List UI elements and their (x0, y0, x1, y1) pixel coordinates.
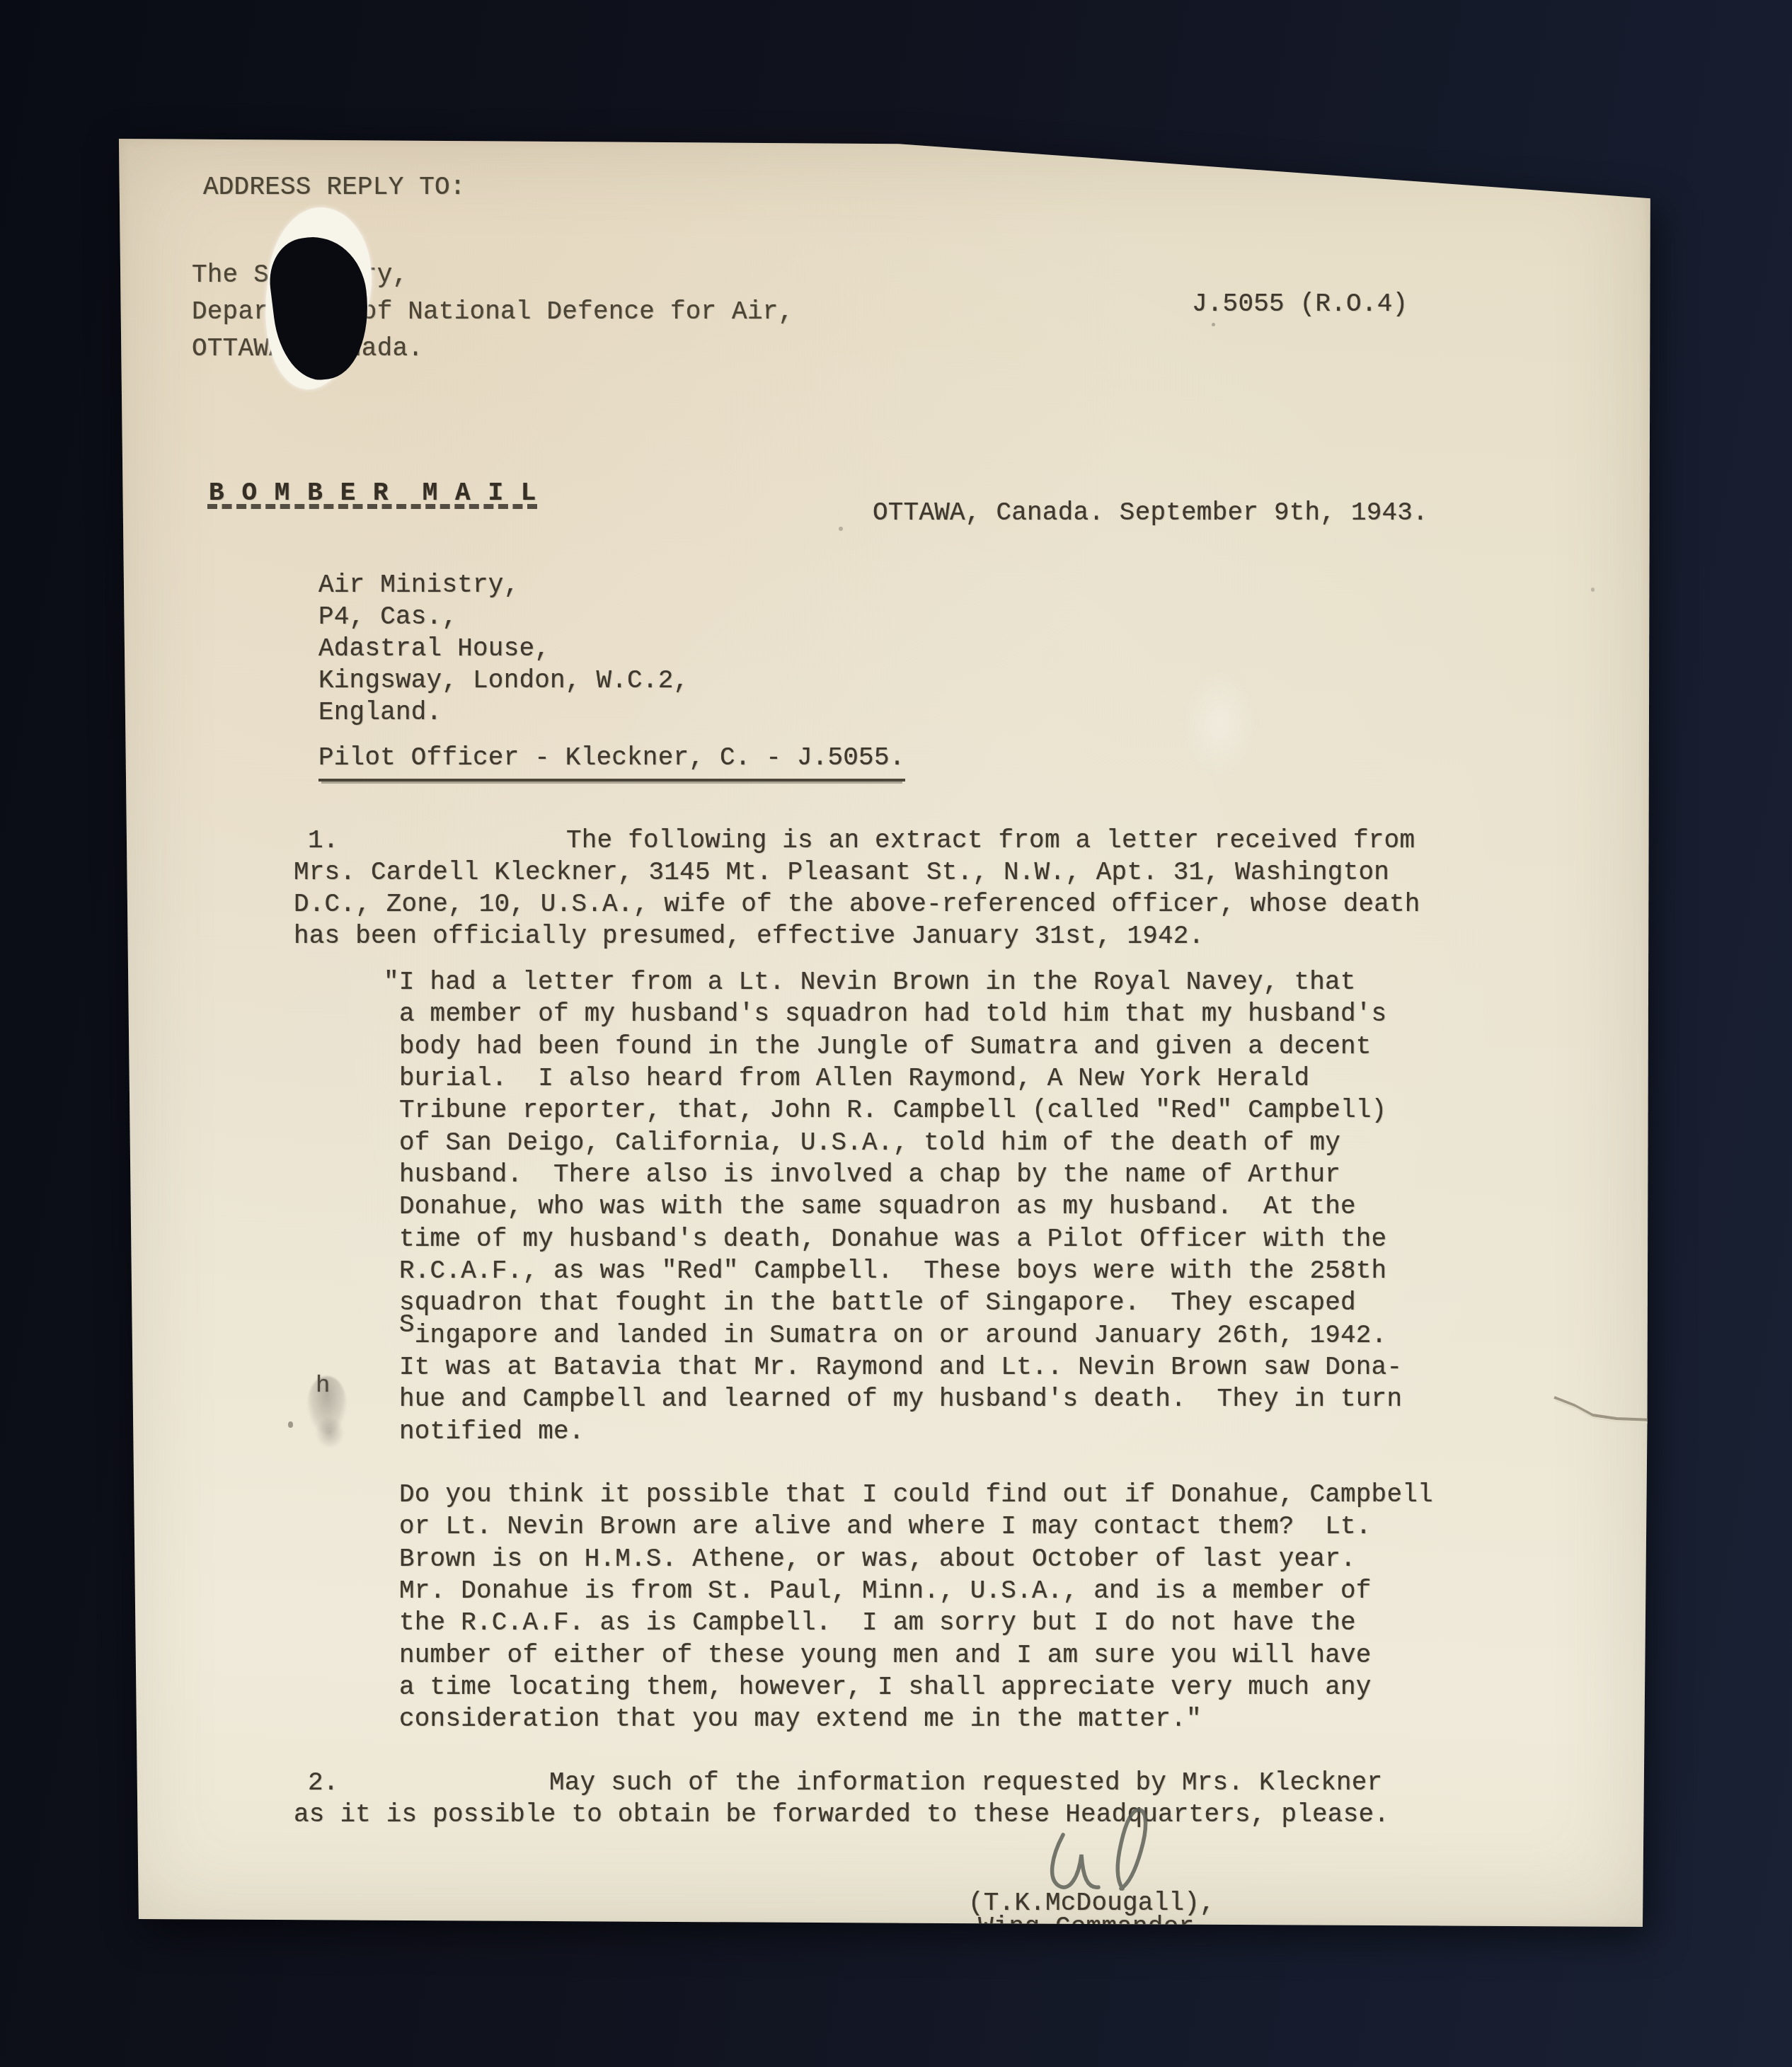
paper-speck (1591, 588, 1595, 592)
paper-speck (1212, 323, 1215, 326)
paper-speck (682, 1594, 686, 1598)
scanned-letter: ADDRESS REPLY TO: The Secretary, Departm… (0, 0, 1792, 2067)
paper-speck (288, 1421, 293, 1428)
letter-paper: ADDRESS REPLY TO: The Secretary, Departm… (117, 137, 1652, 1929)
paper-stain (1181, 667, 1258, 780)
paper-speck (839, 527, 843, 531)
